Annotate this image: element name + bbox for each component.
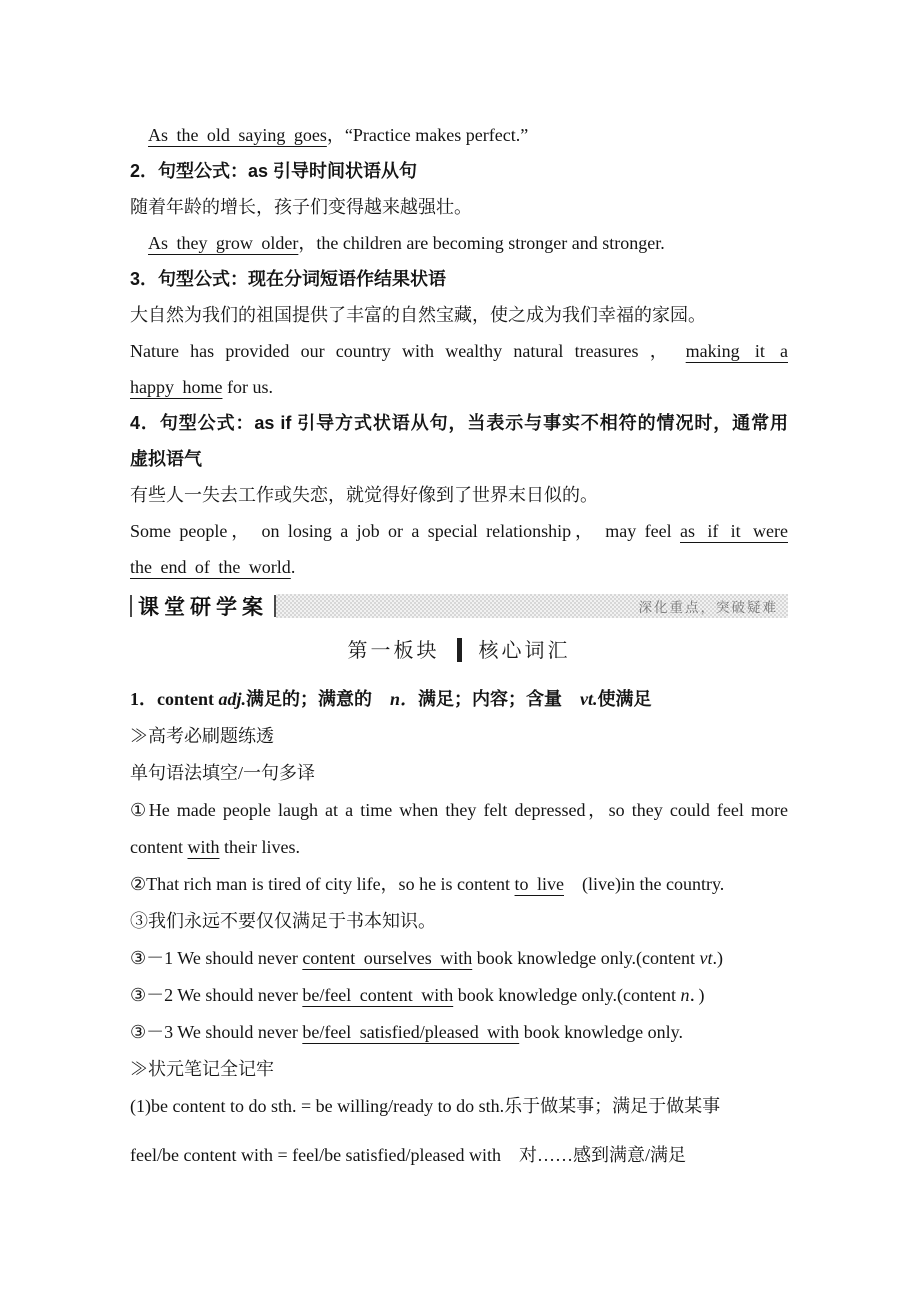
section-topic-label: 核心词汇 xyxy=(479,640,571,662)
subsection-notes: ≫状元笔记全记牢 xyxy=(130,1051,788,1088)
text-segment: ．) xyxy=(690,985,705,1005)
vocab-entry-heading: 1．content adj.满足的；满意的 n．满足；内容；含量 vt.使满足 xyxy=(130,681,788,718)
section-divider-bar xyxy=(457,638,462,662)
text-segment: vt xyxy=(700,948,713,968)
text-segment xyxy=(372,689,390,709)
text-segment: be/feel satisfied/pleased with xyxy=(302,1022,519,1042)
chevron-marker: ≫ xyxy=(130,726,148,746)
text-segment: making it a xyxy=(686,341,788,361)
text-segment: Some people， on losing a job or a specia… xyxy=(130,521,680,541)
text-segment: 4．句型公式：as if 引导方式状语从句，当表示与事实不相符的情况时，通常用 xyxy=(130,413,788,433)
exercise-3: ③我们永远不要仅仅满足于书本知识。 xyxy=(130,903,788,940)
note-1: (1)be content to do sth. = be willing/re… xyxy=(130,1088,788,1125)
text-segment: book knowledge only.(content xyxy=(472,948,699,968)
text-segment: 有些人一失去工作或失恋，就觉得好像到了世界末日似的。 xyxy=(130,485,598,505)
text-segment: content ourselves with xyxy=(302,948,472,968)
text-segment: ③－3 We should never xyxy=(130,1022,302,1042)
text-segment: Nature has provided our country with wea… xyxy=(130,341,686,361)
text-segment: As the old saying goes xyxy=(148,125,327,145)
text-segment: the end of the world xyxy=(130,557,291,577)
example-sentence-world-end: Some people， on losing a job or a specia… xyxy=(130,513,788,549)
banner-title: 课堂研学案 xyxy=(138,591,268,621)
example-sentence-old-saying: As the old saying goes，“Practice makes p… xyxy=(130,117,788,153)
subsection-exam-practice: ≫高考必刷题练透 xyxy=(130,718,788,755)
text-segment: with xyxy=(187,837,219,857)
text-segment: be/feel content with xyxy=(302,985,453,1005)
text-segment: ③－1 We should never xyxy=(130,948,302,968)
text-segment: book knowledge only. xyxy=(519,1022,683,1042)
text-segment: happy home xyxy=(130,377,222,397)
text-segment: for us. xyxy=(222,377,273,397)
banner-left-bar xyxy=(130,595,132,617)
exercise-3-1: ③－1 We should never content ourselves wi… xyxy=(130,940,788,977)
text-segment: 随着年龄的增长，孩子们变得越来越强壮。 xyxy=(130,197,472,217)
exercise-3-3: ③－3 We should never be/feel satisfied/pl… xyxy=(130,1014,788,1051)
core-vocabulary-block: 1．content adj.满足的；满意的 n．满足；内容；含量 vt.使满足≫… xyxy=(130,681,788,1174)
text-segment: adj. xyxy=(219,689,247,709)
text-segment: 满足的；满意的 xyxy=(246,689,372,709)
text-segment: 高考必刷题练透 xyxy=(148,726,274,746)
chinese-translation-grow-older: 随着年龄的增长，孩子们变得越来越强壮。 xyxy=(130,189,788,225)
text-segment: As they grow older xyxy=(148,233,298,253)
example-sentence-nature-cont: happy home for us. xyxy=(130,369,788,405)
note-1-cont: feel/be content with = feel/be satisfied… xyxy=(130,1137,788,1174)
text-segment: as if it were xyxy=(680,521,788,541)
chinese-translation-nature: 大自然为我们的祖国提供了丰富的自然宝藏，使之成为我们幸福的家园。 xyxy=(130,297,788,333)
text-segment: 使满足 xyxy=(598,689,652,709)
text-segment: 2．句型公式：as 引导时间状语从句 xyxy=(130,161,417,181)
text-segment: (live)in the country. xyxy=(564,874,724,894)
text-segment: n． xyxy=(390,689,418,709)
text-segment: 3．句型公式：现在分词短语作结果状语 xyxy=(130,269,446,289)
text-segment: vt. xyxy=(580,689,598,709)
text-segment: ③－2 We should never xyxy=(130,985,302,1005)
chevron-marker: ≫ xyxy=(130,1059,148,1079)
example-sentence-nature: Nature has provided our country with wea… xyxy=(130,333,788,369)
exercise-type-label: 单句语法填空/一句多译 xyxy=(130,755,788,792)
sentence-patterns-block: As the old saying goes，“Practice makes p… xyxy=(130,117,788,585)
text-segment: 满足；内容；含量 xyxy=(418,689,562,709)
pattern-heading-4-cont: 虚拟语气 xyxy=(130,441,788,477)
text-segment: ③我们永远不要仅仅满足于书本知识。 xyxy=(130,911,436,931)
section-part-label: 第一板块 xyxy=(348,640,440,662)
pattern-heading-4: 4．句型公式：as if 引导方式状语从句，当表示与事实不相符的情况时，通常用 xyxy=(130,405,788,441)
exercise-2: ②That rich man is tired of city life，so … xyxy=(130,866,788,903)
exercise-1: ①He made people laugh at a time when the… xyxy=(130,792,788,829)
exercise-1-cont: content with their lives. xyxy=(130,829,788,866)
text-segment: ，“Practice makes perfect.” xyxy=(327,125,528,145)
text-segment: to live xyxy=(515,874,564,894)
banner-tagline: 深化重点，突破疑难 xyxy=(639,596,789,616)
exercise-3-2: ③－2 We should never be/feel content with… xyxy=(130,977,788,1014)
example-sentence-grow-older: As they grow older，the children are beco… xyxy=(130,225,788,261)
text-segment: . xyxy=(291,557,296,577)
text-segment: book knowledge only.(content xyxy=(453,985,680,1005)
text-segment: 1．content xyxy=(130,689,219,709)
text-segment xyxy=(562,689,580,709)
section-banner: 课堂研学案 深化重点，突破疑难 xyxy=(130,593,788,619)
text-segment: (1)be content to do sth. = be willing/re… xyxy=(130,1096,720,1116)
text-segment: their lives. xyxy=(220,837,300,857)
text-segment: ①He made people laugh at a time when the… xyxy=(130,800,788,820)
text-segment: 状元笔记全记牢 xyxy=(148,1059,274,1079)
text-segment: ②That rich man is tired of city life，so … xyxy=(130,874,515,894)
pattern-heading-3: 3．句型公式：现在分词短语作结果状语 xyxy=(130,261,788,297)
example-sentence-world-end-cont: the end of the world. xyxy=(130,549,788,585)
document-page: As the old saying goes，“Practice makes p… xyxy=(0,0,920,1302)
text-segment: ，the children are becoming stronger and … xyxy=(298,233,664,253)
text-segment: content xyxy=(130,837,187,857)
text-segment: 单句语法填空/一句多译 xyxy=(130,763,315,783)
text-segment: .) xyxy=(713,948,724,968)
text-segment: 虚拟语气 xyxy=(130,449,202,469)
section-header: 第一板块 核心词汇 xyxy=(130,635,788,667)
pattern-heading-2: 2．句型公式：as 引导时间状语从句 xyxy=(130,153,788,189)
chinese-translation-world-end: 有些人一失去工作或失恋，就觉得好像到了世界末日似的。 xyxy=(130,477,788,513)
text-segment: feel/be content with = feel/be satisfied… xyxy=(130,1145,686,1165)
banner-hatched-band: 深化重点，突破疑难 xyxy=(276,594,788,618)
text-segment: n xyxy=(681,985,690,1005)
text-segment: 大自然为我们的祖国提供了丰富的自然宝藏，使之成为我们幸福的家园。 xyxy=(130,305,706,325)
